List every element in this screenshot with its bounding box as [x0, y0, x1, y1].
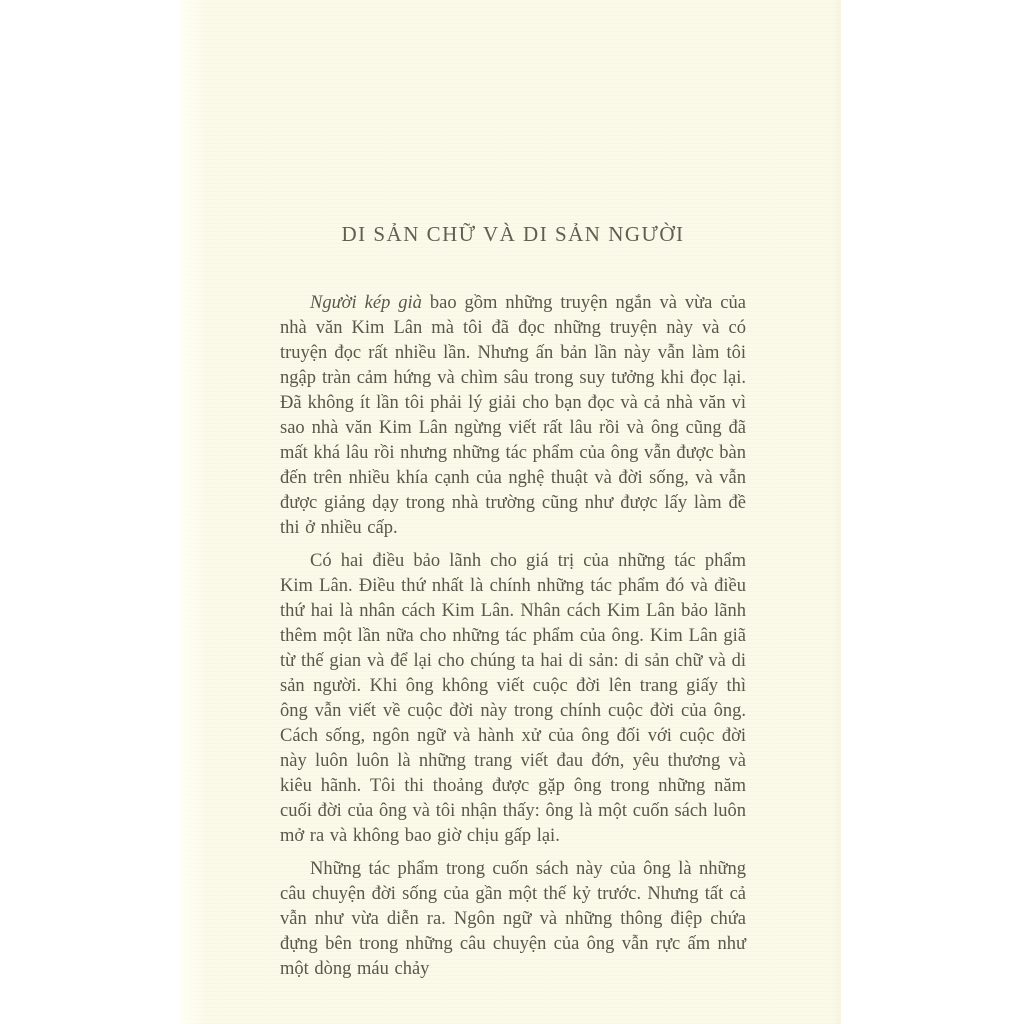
book-page: DI SẢN CHỮ VÀ DI SẢN NGƯỜI Người kép già…	[180, 0, 841, 1024]
paragraph: Những tác phẩm trong cuốn sách này của ô…	[280, 857, 746, 982]
scan-backdrop: DI SẢN CHỮ VÀ DI SẢN NGƯỜI Người kép già…	[0, 0, 1024, 1024]
page-title: DI SẢN CHỮ VÀ DI SẢN NGƯỜI	[280, 222, 746, 247]
paragraph: Có hai điều bảo lãnh cho giá trị của nhữ…	[280, 549, 746, 849]
text-block: Người kép già bao gồm những truyện ngắn …	[280, 291, 746, 982]
paragraph: Người kép già bao gồm những truyện ngắn …	[280, 291, 746, 541]
paragraph-italic-lead: Người kép già	[310, 293, 422, 313]
